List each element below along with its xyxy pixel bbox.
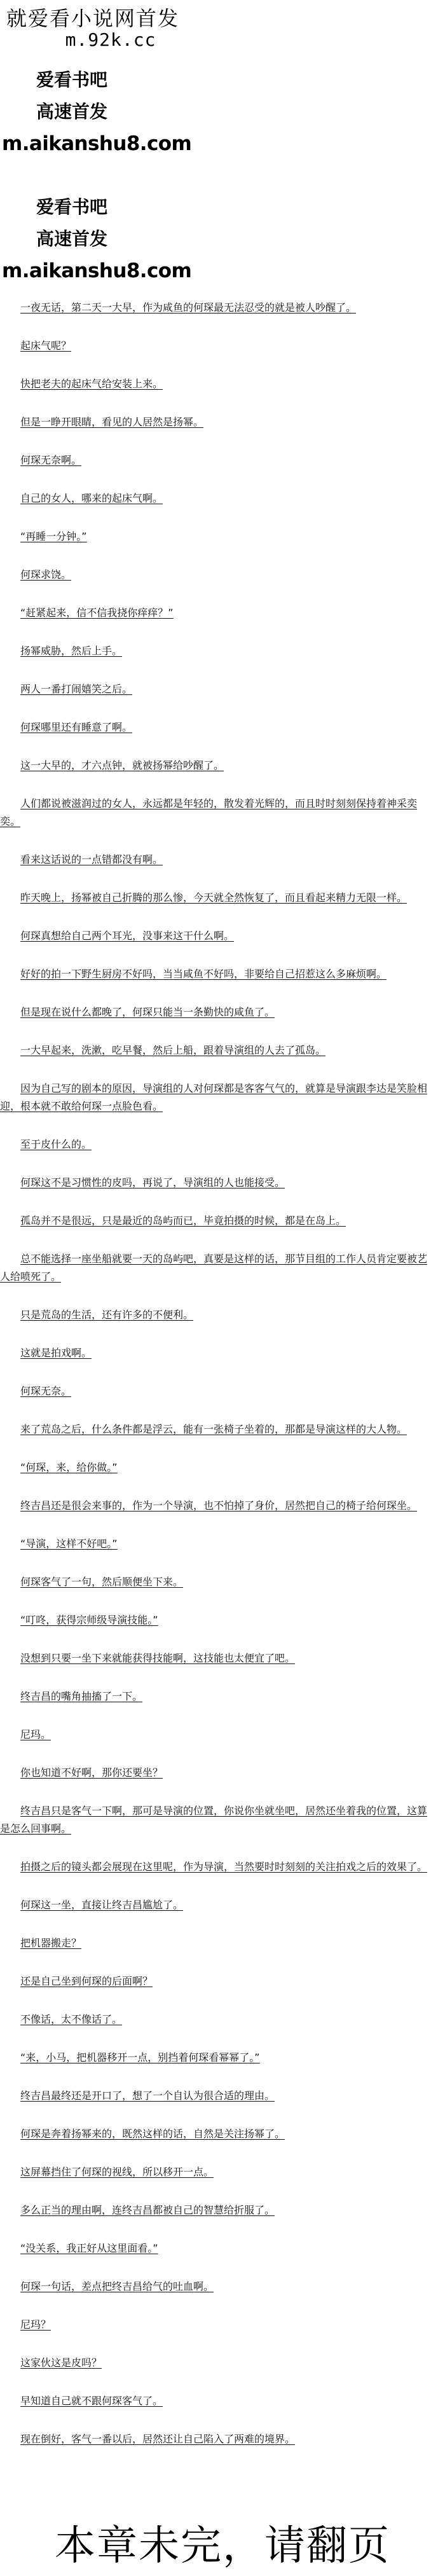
- chapter-paragraph: 尼玛？: [0, 2316, 432, 2334]
- chapter-paragraph: 昨天晚上，扬幂被自己折腾的那么惨，今天就全然恢复了，而且看起来精力无限一样。: [0, 889, 432, 907]
- promo-url: m.aikanshu8.com: [0, 261, 191, 280]
- chapter-paragraph: 终吉昌最终还是开口了，想了一个自认为很合适的理由。: [0, 2087, 432, 2105]
- chapter-paragraph: 总不能选择一座坐船就要一天的岛屿吧，真要是这样的话，那节目组的工作人员肯定要被艺…: [0, 1250, 432, 1286]
- chapter-paragraph: “没关系，我正好从这里面看。”: [0, 2240, 432, 2257]
- promo-banner: 爱看书吧 高速首发 m.aikanshu8.com: [0, 198, 191, 280]
- chapter-paragraph: 终吉昌还是很会来事的，作为一个导演，也不怕掉了身价，居然把自己的椅子给何琛坐。: [0, 1497, 432, 1515]
- chapter-paragraph: 来了荒岛之后，什么条件都是浮云，能有一张椅子坐着的，那都是导演这样的大人物。: [0, 1421, 432, 1438]
- chapter-paragraph: 何琛这不是习惯性的皮吗，再说了，导演组的人也能接受。: [0, 1174, 432, 1192]
- chapter-paragraph: 没想到只要一坐下来就能获得技能啊，这技能也太便宜了吧。: [0, 1650, 432, 1667]
- chapter-paragraph: 早知道自己就不跟何琛客气了。: [0, 2392, 432, 2410]
- chapter-paragraph: 不像话，太不像话了。: [0, 2011, 432, 2028]
- promo-line-1: 爱看书吧: [0, 71, 191, 102]
- chapter-paragraph: 只是荒岛的生活，还有许多的不便利。: [0, 1306, 432, 1324]
- chapter-paragraph: “再睡一分钟。”: [0, 528, 432, 546]
- chapter-paragraph: “导演，这样不好吧。”: [0, 1535, 432, 1553]
- chapter-paragraph: “来，小马，把机器移开一点，别挡着何琛看幂幂了。”: [0, 2049, 432, 2067]
- chapter-paragraph: 自己的女人，哪来的起床气啊。: [0, 490, 432, 507]
- chapter-paragraph: 何琛这一坐，直接让终吉昌尴尬了。: [0, 1896, 432, 1914]
- chapter-paragraph: 这一大早的，才六点钟，就被扬幂给吵醒了。: [0, 757, 432, 775]
- chapter-continue-notice: 本章未完，请翻页: [0, 2523, 445, 2569]
- chapter-paragraph: 终吉昌的嘴角抽搐了一下。: [0, 1688, 432, 1705]
- chapter-paragraph: 一大早起来，洗漱，吃早餐，然后上船，跟着导演组的人去了孤岛。: [0, 1042, 432, 1059]
- watermark-site-title: 就爱看小说网首发: [6, 6, 179, 31]
- chapter-paragraph: 何琛哪里还有睡意了啊。: [0, 719, 432, 736]
- chapter-paragraph: 何琛客气了一句，然后顺便坐下来。: [0, 1573, 432, 1591]
- chapter-paragraph: 拍摄之后的镜头都会展现在这里呢，作为导演，当然要时时刻刻的关注拍戏之后的效果了。: [0, 1858, 432, 1876]
- chapter-paragraph: 这就是拍戏啊。: [0, 1344, 432, 1362]
- chapter-paragraph: 把机器搬走？: [0, 1934, 432, 1952]
- chapter-paragraph: 这家伙这是皮吗？: [0, 2354, 432, 2372]
- chapter-paragraph: 何琛无奈啊。: [0, 451, 432, 469]
- chapter-paragraph: 何琛是奔着扬幂来的，既然这样的话，自然是关注扬幂了。: [0, 2125, 432, 2143]
- watermark-site-url: m.92k.cc: [6, 31, 210, 50]
- chapter-paragraph: 这屏幕挡住了何琛的视线，所以移开一点。: [0, 2163, 432, 2181]
- chapter-paragraph: 多么正当的理由啊，连终吉昌都被自己的智慧给折服了。: [0, 2201, 432, 2219]
- chapter-paragraph: 至于皮什么的。: [0, 1136, 432, 1154]
- promo-banner: 爱看书吧 高速首发 m.aikanshu8.com: [0, 71, 191, 153]
- chapter-paragraph: 终吉昌只是客气一下啊，那可是导演的位置，你说你坐就坐吧，居然还坐着我的位置，这算…: [0, 1802, 432, 1838]
- chapter-paragraph: 因为自己写的剧本的原因，导演组的人对何琛都是客客气气的，就算是导演跟李达是笑脸相…: [0, 1080, 432, 1115]
- promo-line-2: 高速首发: [0, 230, 191, 261]
- chapter-paragraph: “何琛，来，给你做。”: [0, 1459, 432, 1477]
- chapter-paragraph: 起床气呢？: [0, 337, 432, 355]
- chapter-content: 一夜无话，第二天一大早，作为咸鱼的何琛最无法忍受的就是被人吵醒了。起床气呢？快把…: [0, 299, 432, 2469]
- chapter-paragraph: 看来这话说的一点错都没有啊。: [0, 851, 432, 869]
- chapter-paragraph: 你也知道不好啊，那你还要坐？: [0, 1764, 432, 1782]
- chapter-paragraph: 一夜无话，第二天一大早，作为咸鱼的何琛最无法忍受的就是被人吵醒了。: [0, 299, 432, 317]
- chapter-paragraph: 尼玛。: [0, 1726, 432, 1744]
- promo-url: m.aikanshu8.com: [0, 134, 191, 153]
- chapter-paragraph: 何琛无奈。: [0, 1382, 432, 1400]
- chapter-paragraph: 两人一番打闹嬉笑之后。: [0, 680, 432, 698]
- chapter-paragraph: 何琛一句话，差点把终吉昌给气的吐血啊。: [0, 2278, 432, 2296]
- promo-line-2: 高速首发: [0, 102, 191, 134]
- chapter-paragraph: 何琛求饶。: [0, 566, 432, 584]
- watermark-header: 就爱看小说网首发 m.92k.cc: [6, 6, 210, 50]
- chapter-paragraph: 但是现在说什么都晚了，何琛只能当一条勤快的咸鱼了。: [0, 1003, 432, 1021]
- chapter-paragraph: “叮咚，获得宗师级导演技能。”: [0, 1611, 432, 1629]
- chapter-paragraph: 好好的拍一下野生厨房不好吗，当当咸鱼不好吗，非要给自己招惹这么多麻烦啊。: [0, 965, 432, 983]
- promo-line-1: 爱看书吧: [0, 198, 191, 230]
- chapter-paragraph: 快把老夫的起床气给安装上来。: [0, 375, 432, 393]
- chapter-paragraph: 何琛真想给自己两个耳光，没事来这干什么啊。: [0, 927, 432, 945]
- chapter-paragraph: 人们都说被滋润过的女人，永远都是年轻的，散发着光辉的，而且时时刻刻保持着神采奕奕…: [0, 795, 432, 830]
- chapter-paragraph: 扬幂威胁，然后上手。: [0, 642, 432, 660]
- chapter-paragraph: 孤岛并不是很远，只是最近的岛屿而已，毕竟拍摄的时候，都是在岛上。: [0, 1212, 432, 1230]
- chapter-paragraph: 还是自己坐到何琛的后面啊？: [0, 1973, 432, 1990]
- chapter-paragraph: “赶紧起来，信不信我挠你痒痒？”: [0, 604, 432, 622]
- chapter-paragraph: 现在倒好，客气一番以后，居然还让自己陷入了两难的境界。: [0, 2430, 432, 2448]
- chapter-paragraph: 但是一睁开眼睛，看见的人居然是扬幂。: [0, 413, 432, 431]
